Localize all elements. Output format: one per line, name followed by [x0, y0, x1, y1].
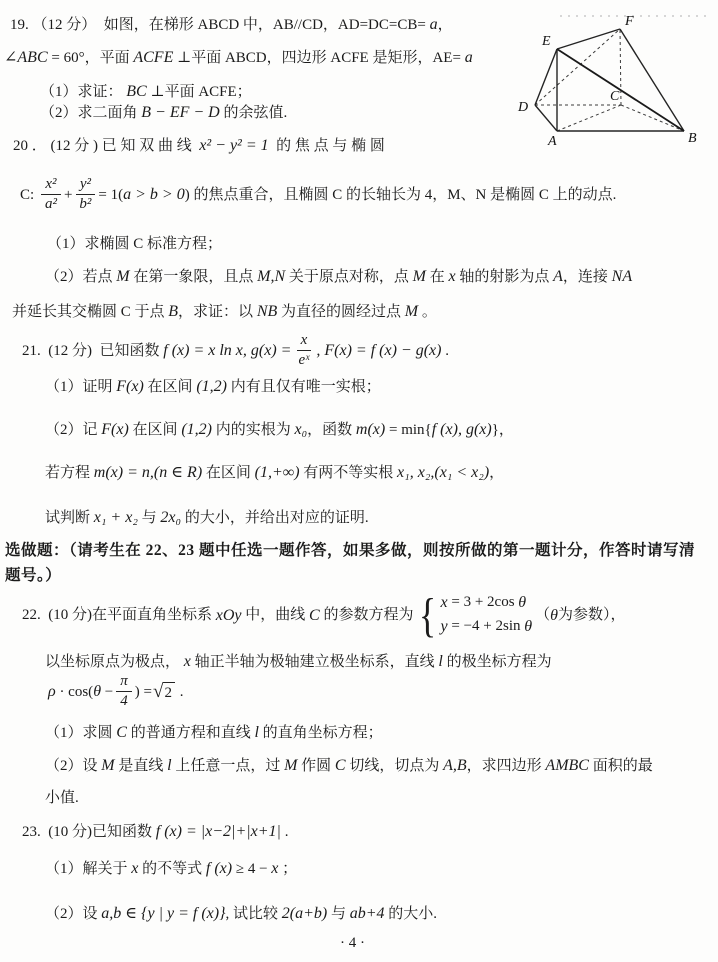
text-line-15: 选做题：（请考生在 22、23 题中任选一题作答，如果多做，则按所做的第一题计分… [5, 541, 695, 562]
text-line-11: （1）证明 F(x) 在区间 (1,2) 内有且仅有唯一实根； [45, 376, 381, 398]
edge-FfB [620, 29, 684, 131]
math-run: f (x), g(x) [432, 419, 492, 441]
text-run: . [281, 822, 289, 842]
text-run: 的普通方程和直线 [127, 723, 255, 743]
edge-EeF [557, 29, 620, 49]
text-run: 并延长其交椭圆 C 于点 [12, 302, 168, 322]
edge-DdE [535, 49, 557, 105]
left-brace: { [419, 594, 436, 637]
text-line-7: （1）求椭圆 C 标准方程； [47, 234, 222, 254]
text-line-22: 小值. [45, 788, 79, 808]
math-run: (1,2) [181, 419, 212, 441]
math-run: x [184, 651, 191, 673]
text-run: （1）解关于 [45, 859, 131, 879]
hidden-edge-CcB [621, 105, 684, 131]
math-run: NB [257, 301, 277, 323]
text-run: ) 的焦点重合，且椭圆 C 的长轴长为 4，M、N 是椭圆 C 上的动点. [185, 185, 617, 205]
text-run: 以坐标原点为极点， [45, 652, 184, 672]
text-run: 在区间 [129, 420, 182, 440]
text-run: （1）求圆 [45, 723, 116, 743]
math-run: x [448, 266, 455, 288]
text-line-26: · 4 · [340, 933, 365, 953]
text-line-16: 题号。） [5, 566, 61, 587]
text-run: = 3 + 2cos [448, 593, 519, 614]
math-run: F(x) [116, 376, 144, 398]
math-run: y [441, 617, 448, 638]
text-run: 内有且仅有唯一实根； [227, 377, 381, 397]
math-run: C [309, 605, 320, 627]
text-run: （1）求证： [40, 82, 126, 102]
text-run: 轴的射影为点 [456, 267, 554, 287]
text-run: 切线，切点为 [346, 756, 444, 776]
math-run: ρ [48, 681, 56, 703]
text-run: （2）求二面角 [40, 103, 141, 123]
text-run: ⊥平面 ABCD，四边形 ACFE 是矩形，AE= [173, 48, 464, 68]
fraction: y²b² [75, 176, 95, 214]
math-run: C [335, 755, 346, 777]
math-run: NA [612, 266, 632, 288]
text-run: 的不等式 [138, 859, 206, 879]
math-run: , F(x) = f (x) − g(x) [316, 340, 441, 362]
math-run: x₁ + x₂ [94, 507, 138, 529]
text-run: 面积的最 [589, 756, 653, 776]
vertex-label-E: E [541, 34, 551, 49]
text-run: 为参数）， [558, 605, 626, 625]
text-run: . [441, 341, 449, 361]
vertex-label-F: F [624, 14, 634, 29]
text-run: （2）设 [45, 756, 101, 776]
math-run: BC [126, 81, 146, 103]
text-line-1: 19. （12 分） 如图，在梯形 ABCD 中，AB//CD，AD=DC=CB… [10, 14, 453, 36]
text-run: ， [489, 463, 504, 483]
text-run: 的极坐标方程为 [443, 652, 552, 672]
vertex-label-C: C [610, 89, 620, 104]
text-line-10: 21. (12 分) 已知函数 f (x) = x ln x, g(x) =xe… [22, 332, 449, 370]
text-line-6: C: x²a²+y²b²= 1(a > b > 0) 的焦点重合，且椭圆 C 的… [20, 176, 616, 214]
text-run: 轴正半轴为极轴建立极坐标系，直线 [191, 652, 439, 672]
text-run: （2）记 [45, 420, 101, 440]
math-run: M [101, 755, 114, 777]
math-run: C [116, 722, 127, 744]
math-run: x₀ [294, 419, 307, 441]
text-run: 22. (10 分)在平面直角坐标系 [22, 605, 216, 625]
text-line-24: （1）解关于 x 的不等式 f (x) ≥ 4 − x ； [45, 858, 297, 880]
text-line-17: 22. (10 分)在平面直角坐标系 xOy 中，曲线 C 的参数方程为{x =… [22, 593, 626, 638]
text-run: − [101, 682, 113, 702]
math-run: a [465, 47, 473, 69]
text-run: = 1( [98, 185, 123, 205]
text-line-23: 23. (10 分)已知函数 f (x) = |x−2|+|x+1| . [22, 821, 288, 843]
text-run: ，函数 [307, 420, 356, 440]
text-run: · 4 · [340, 933, 365, 953]
text-run: 的大小，并给出对应的证明. [181, 508, 369, 528]
cases-row: y = −4 + 2sin θ [441, 617, 533, 638]
text-line-12: （2）记 F(x) 在区间 (1,2) 内的实根为 x₀，函数 m(x) = m… [45, 419, 514, 441]
text-line-3: （1）求证： BC ⊥平面 ACFE； [40, 81, 252, 103]
text-run: （2）设 [45, 904, 101, 924]
geometry-figure-trapezoid-prism: ABCDEF [515, 8, 715, 148]
text-line-8: （2）若点 M 在第一象限，且点 M,N 关于原点对称，点 M 在 x 轴的射影… [45, 266, 632, 288]
math-run: 2(a+b) [282, 903, 327, 925]
text-run: ⊥平面 ACFE； [147, 82, 252, 102]
edge-AaD [535, 105, 557, 131]
text-run: 内的实根为 [212, 420, 295, 440]
text-run: 在区间 [144, 377, 197, 397]
text-run: 与 [327, 904, 350, 924]
text-run: . [176, 682, 184, 702]
text-run: 的余弦值. [220, 103, 288, 123]
radical-sign: √ [153, 682, 163, 701]
hidden-edge-AaC [557, 105, 621, 131]
text-run: 在区间 [202, 463, 255, 483]
text-line-25: （2）设 a,b ∈ {y | y = f (x)}, 试比较 2(a+b) 与… [45, 903, 437, 925]
math-run: 2x₀ [160, 507, 181, 529]
text-run: 的大小. [385, 904, 438, 924]
math-run: ab+4 [350, 903, 385, 925]
math-run: x² − y² = 1 [199, 135, 268, 157]
text-line-9: 并延长其交椭圆 C 于点 B，求证：以 NB 为直径的圆经过点 M 。 [12, 301, 437, 323]
fraction-numerator: y² [76, 176, 95, 195]
text-run: 小值. [45, 788, 79, 808]
text-run: （1）求椭圆 C 标准方程； [47, 234, 222, 254]
math-run: ∠ABC [4, 47, 48, 69]
text-run: 题号。） [5, 566, 61, 587]
cases-rows: x = 3 + 2cos θy = −4 + 2sin θ [441, 593, 533, 638]
text-line-14: 试判断 x₁ + x₂ 与 2x₀ 的大小，并给出对应的证明. [45, 507, 369, 529]
text-run: 19. （12 分） 如图，在梯形 ABCD 中，AB//CD，AD=DC=CB… [10, 15, 430, 35]
math-run: xOy [216, 605, 242, 627]
text-run: 上任意一点，过 [172, 756, 285, 776]
math-run: f (x) = x ln x, g(x) = [163, 340, 291, 362]
text-run: C: [20, 185, 38, 205]
math-run: a,b ∈ {y | y = f (x)} [101, 903, 225, 925]
text-run: （2）若点 [45, 267, 116, 287]
math-run: B − EF − D [141, 102, 219, 124]
hidden-edge-CcF [620, 29, 621, 105]
text-run: ，求证：以 [178, 302, 257, 322]
text-run: 中，曲线 [242, 605, 310, 625]
math-run: θ [518, 593, 526, 614]
text-run: 。 [418, 302, 437, 322]
text-run: = min{ [385, 420, 432, 440]
math-run: M,N [257, 266, 285, 288]
text-run: ，求四边形 [467, 756, 546, 776]
math-run: (1,+∞) [255, 462, 300, 484]
text-line-18: 以坐标原点为极点， x 轴正半轴为极轴建立极坐标系，直线 l 的极坐标方程为 [45, 651, 552, 673]
text-line-4: （2）求二面角 B − EF − D 的余弦值. [40, 102, 287, 124]
text-run: 与 [138, 508, 161, 528]
text-run: （1）证明 [45, 377, 116, 397]
text-line-19: ρ · cos(θ −π4) =√2 . [48, 673, 183, 711]
radicand: 2 [163, 682, 175, 702]
text-line-21: （2）设 M 是直线 l 上任意一点，过 M 作圆 C 切线，切点为 A,B，求… [45, 755, 653, 777]
exam-page: 19. （12 分） 如图，在梯形 ABCD 中，AB//CD，AD=DC=CB… [0, 0, 718, 962]
math-run: x [271, 858, 278, 880]
text-run: ) = [135, 682, 152, 702]
math-run: m(x) [356, 419, 385, 441]
fraction-denominator: eˣ [294, 351, 313, 369]
math-run: x [441, 593, 448, 614]
math-run: f (x) = |x−2|+|x+1| [156, 821, 281, 843]
cases-row: x = 3 + 2cos θ [441, 593, 533, 614]
text-run: 选做题：（请考生在 22、23 题中任选一题作答，如果多做，则按所做的第一题计分… [5, 541, 695, 562]
text-line-2: ∠ABC = 60°，平面 ACFE ⊥平面 ABCD，四边形 ACFE 是矩形… [4, 47, 473, 69]
fraction-numerator: x² [41, 176, 60, 195]
fraction-numerator: x [297, 332, 312, 351]
text-run: 试判断 [45, 508, 94, 528]
math-run: M [405, 301, 418, 323]
math-run: ACFE [133, 47, 173, 69]
fraction: π4 [116, 673, 132, 711]
math-run: θ [524, 617, 532, 638]
fraction: x²a² [41, 176, 61, 214]
text-run: + [64, 185, 72, 205]
math-run: a [430, 14, 438, 36]
fraction: xeˣ [294, 332, 313, 370]
math-run: B [168, 301, 178, 323]
math-run: AMBC [545, 755, 589, 777]
text-line-13: 若方程 m(x) = n,(n ∈ R) 在区间 (1,+∞) 有两不等实根 x… [45, 462, 504, 484]
text-run: }， [492, 420, 514, 440]
text-run: ≥ 4 − [232, 859, 271, 879]
text-run: 关于原点对称，点 [285, 267, 413, 287]
text-run: 作圆 [297, 756, 335, 776]
fraction-numerator: π [116, 673, 132, 692]
text-run: ； [278, 859, 297, 879]
math-run: A,B [443, 755, 467, 777]
text-run: 20 ． (12 分 ) 已 知 双 曲 线 [13, 136, 199, 156]
math-run: m(x) = n,(n ∈ R) [94, 462, 202, 484]
math-run: A [553, 266, 563, 288]
math-run: M [116, 266, 129, 288]
text-run: ， [438, 15, 453, 35]
math-run: θ [93, 681, 101, 703]
text-run: 为直径的圆经过点 [277, 302, 405, 322]
math-run: θ [550, 605, 558, 627]
text-run: 有两不等实根 [300, 463, 398, 483]
text-run: · cos( [56, 682, 94, 702]
text-run: = −4 + 2sin [448, 617, 525, 638]
text-run: 是直线 [115, 756, 168, 776]
vertex-label-D: D [517, 100, 528, 115]
math-run: f (x) [206, 858, 232, 880]
text-line-5: 20 ． (12 分 ) 已 知 双 曲 线 x² − y² = 1 的 焦 点… [13, 135, 385, 157]
text-run: 的参数方程为 [320, 605, 414, 625]
math-run: F(x) [101, 419, 129, 441]
text-run: 若方程 [45, 463, 94, 483]
vertex-label-B: B [688, 131, 697, 146]
text-run: （ [535, 605, 550, 625]
text-run: = 60°，平面 [48, 48, 134, 68]
text-run: ，连接 [563, 267, 612, 287]
vertex-label-A: A [547, 134, 557, 148]
text-run: 的 焦 点 与 椭 圆 [269, 136, 385, 156]
text-line-20: （1）求圆 C 的普通方程和直线 l 的直角坐标方程； [45, 722, 383, 744]
math-run: M [413, 266, 426, 288]
math-run: (1,2) [196, 376, 227, 398]
math-run: a > b > 0 [123, 184, 185, 206]
fraction-denominator: b² [75, 195, 95, 213]
math-run: x [131, 858, 138, 880]
text-run: 23. (10 分)已知函数 [22, 822, 156, 842]
text-run: 的直角坐标方程； [259, 723, 383, 743]
math-run: M [284, 755, 297, 777]
fraction-denominator: 4 [116, 692, 132, 710]
text-run: , 试比较 [226, 904, 282, 924]
fraction-denominator: a² [41, 195, 61, 213]
cases-system: {x = 3 + 2cos θy = −4 + 2sin θ [416, 593, 532, 638]
text-run: 在 [426, 267, 449, 287]
square-root: √2 [153, 682, 175, 702]
math-run: x₁, x₂,(x₁ < x₂) [397, 462, 489, 484]
text-run: 21. (12 分) 已知函数 [22, 341, 163, 361]
text-run: 在第一象限，且点 [130, 267, 258, 287]
